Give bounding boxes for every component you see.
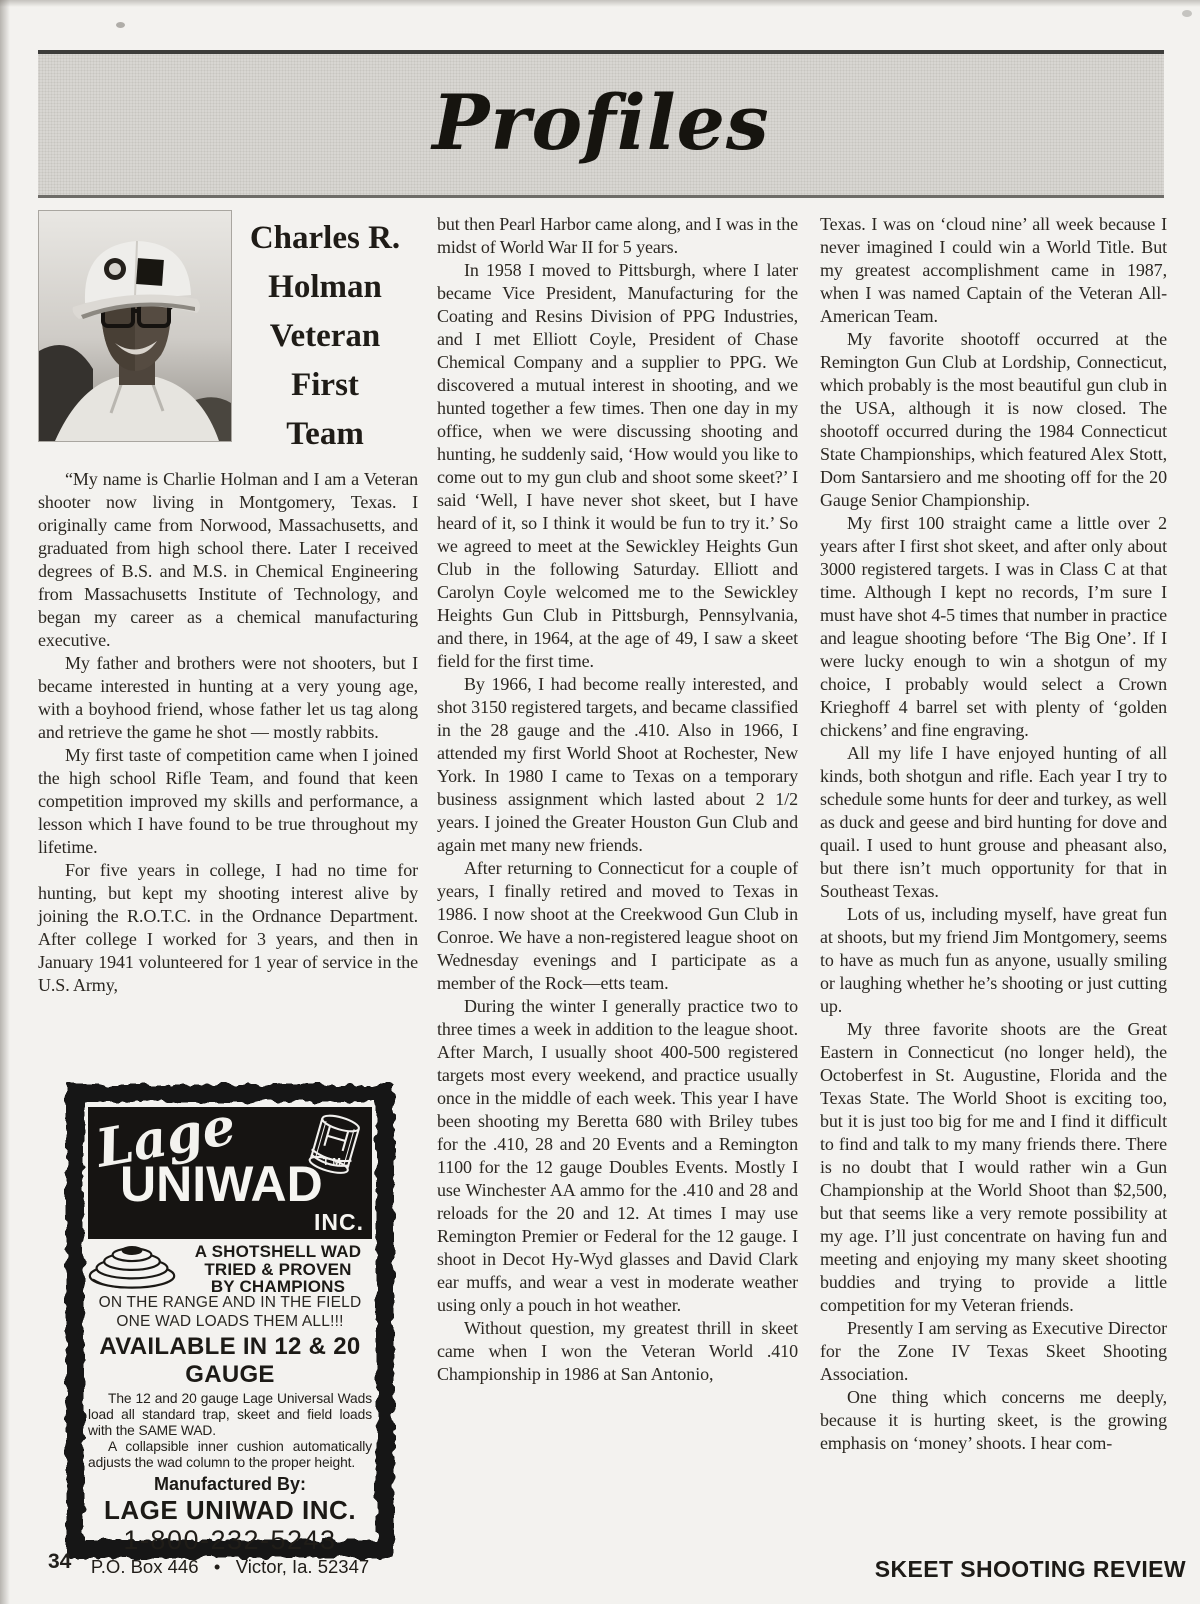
profile-title-line: Charles R. — [232, 214, 418, 263]
profile-header: Charles R. Holman Veteran First Team — [38, 210, 418, 459]
ad-manufactured-label: Manufactured By: — [88, 1473, 372, 1496]
profile-title-line: Veteran First — [232, 312, 418, 410]
ad-availability: AVAILABLE IN 12 & 20 GAUGE — [88, 1333, 372, 1389]
ad-headline-line: TRIED & PROVEN — [184, 1261, 372, 1279]
ad-headline: A SHOTSHELL WAD TRIED & PROVEN BY CHAMPI… — [184, 1241, 372, 1296]
magazine-page: Profiles — [0, 0, 1200, 1604]
article-column-2: but then Pearl Harbor came along, and I … — [437, 213, 798, 1386]
ad-phone: 1-800-232-5243 — [88, 1525, 372, 1555]
article-paragraph: but then Pearl Harbor came along, and I … — [437, 213, 798, 259]
ad-body-paragraph: The 12 and 20 gauge Lage Universal Wads … — [88, 1391, 372, 1439]
ad-address: P.O. Box 446 • Victor, Ia. 52347 — [88, 1555, 372, 1578]
ad-logo-box: Lage UNIWADT.M. INC. — [88, 1107, 372, 1239]
ad-headline-line: A SHOTSHELL WAD — [184, 1243, 372, 1261]
article-paragraph: Without question, my greatest thrill in … — [437, 1317, 798, 1386]
article-paragraph: My three favorite shoots are the Great E… — [820, 1018, 1167, 1317]
article-paragraph: My father and brothers were not shooters… — [38, 652, 418, 744]
article-paragraph: In 1958 I moved to Pittsburgh, where I l… — [437, 259, 798, 673]
brand-wordmark-text: UNIWAD — [120, 1156, 323, 1212]
article-column-1: Charles R. Holman Veteran First Team “My… — [38, 210, 418, 997]
article-paragraph: After returning to Connecticut for a cou… — [437, 857, 798, 995]
article-paragraph: One thing which concerns me deeply, beca… — [820, 1386, 1167, 1455]
article-paragraph: All my life I have enjoyed hunting of al… — [820, 742, 1167, 903]
article-paragraph: Presently I am serving as Executive Dire… — [820, 1317, 1167, 1386]
article-paragraph: My first 100 straight came a little over… — [820, 512, 1167, 742]
article-paragraph: “My name is Charlie Holman and I am a Ve… — [38, 468, 418, 652]
page-title: Profiles — [38, 54, 1164, 192]
clay-target-icon — [80, 1237, 184, 1291]
article-paragraph: For five years in college, I had no time… — [38, 859, 418, 997]
article-paragraph: My favorite shootoff occurred at the Rem… — [820, 328, 1167, 512]
ad-tagline: ON THE RANGE AND IN THE FIELD — [88, 1293, 372, 1312]
ad-tagline: ONE WAD LOADS THEM ALL!!! — [88, 1312, 372, 1331]
scan-smudge — [116, 22, 125, 28]
profile-title: Charles R. Holman Veteran First Team — [232, 210, 418, 459]
article-column-3: Texas. I was on ‘cloud nine’ all week be… — [820, 213, 1167, 1455]
article-paragraph: Texas. I was on ‘cloud nine’ all week be… — [820, 213, 1167, 328]
ad-body-paragraph: A collapsible inner cushion automaticall… — [88, 1439, 372, 1471]
brand-inc: INC. — [314, 1209, 364, 1236]
ad-company-name: LAGE UNIWAD INC. — [88, 1496, 372, 1525]
scan-smudge — [1182, 10, 1192, 17]
portrait-illustration — [39, 211, 231, 441]
article-paragraph: During the winter I generally practice t… — [437, 995, 798, 1317]
page-header-band: Profiles — [38, 50, 1164, 198]
profile-title-line: Team — [232, 410, 418, 459]
page-number: 34 — [48, 1550, 71, 1574]
article-paragraph: My first taste of competition came when … — [38, 744, 418, 859]
article-paragraph: Lots of us, including myself, have great… — [820, 903, 1167, 1018]
profile-photo — [38, 210, 232, 442]
ad-content: Lage UNIWADT.M. INC. — [88, 1107, 372, 1539]
magazine-name: SKEET SHOOTING REVIEW — [875, 1556, 1186, 1583]
profile-title-line: Holman — [232, 263, 418, 312]
shotshell-wad-icon — [302, 1110, 364, 1190]
ad-headline-row: A SHOTSHELL WAD TRIED & PROVEN BY CHAMPI… — [88, 1241, 372, 1293]
article-paragraph: By 1966, I had become really interested,… — [437, 673, 798, 857]
lage-uniwad-ad: Lage UNIWADT.M. INC. — [64, 1082, 396, 1560]
